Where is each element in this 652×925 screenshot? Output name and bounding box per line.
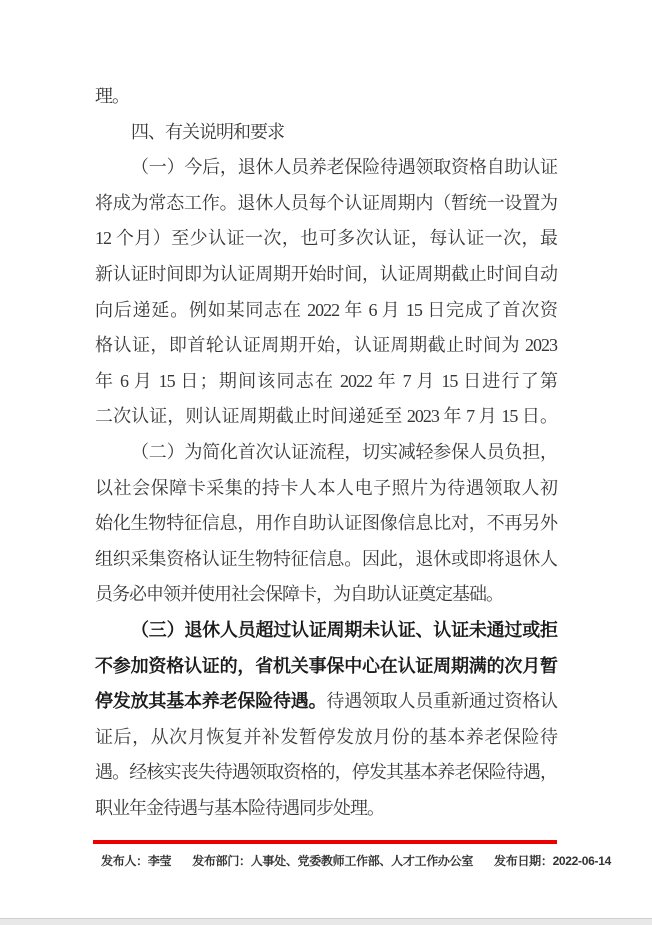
publish-date-label: 发布日期： (494, 854, 553, 868)
document-text: 职业年金待遇与基本险待遇同步处理。 (95, 798, 384, 818)
publisher-label: 发布人： (101, 854, 148, 868)
document-line: 格认证，即首轮认证周期开始，认证周期截止时间为 2023 (95, 328, 557, 364)
document-line: （一）今后，退休人员养老保险待遇领取资格自助认证 (95, 150, 557, 186)
document-text-bold: 停发放其基本养老保险待遇。 (95, 691, 326, 711)
document-text: 将成为常态工作。退休人员每个认证周期内（暂统一设置为 (95, 193, 557, 213)
document-line: （二）为简化首次认证流程，切实减轻参保人员负担， (95, 435, 557, 471)
document-line: 证后，从次月恢复并补发暂停发放月份的基本养老保险待 (95, 720, 557, 756)
document-text: 以社会保障卡采集的持卡人本人电子照片为待遇领取人初 (95, 478, 557, 498)
document-text-bold: 不参加资格认证的，省机关事保中心在认证周期满的次月暂 (95, 656, 557, 676)
document-text: 遇。经核实丧失待遇领取资格的，停发其基本养老保险待遇， (95, 762, 557, 782)
document-line: 停发放其基本养老保险待遇。待遇领取人员重新通过资格认 (95, 684, 557, 720)
document-line: 新认证时间即为认证周期开始时间，认证周期截止时间自动 (95, 257, 557, 293)
document-line: 组织采集资格认证生物特征信息。因此，退休或即将退休人 (95, 542, 557, 578)
document-text: 二次认证，则认证周期截止时间递延至 2023 年 7 月 15 日。 (95, 406, 557, 426)
document-text: 年 6 月 15 日；期间该同志在 2022 年 7 月 15 日进行了第 (95, 371, 557, 391)
document-line: 员务必申领并使用社会保障卡，为自助认证奠定基础。 (95, 577, 557, 613)
document-text: 新认证时间即为认证周期开始时间，认证周期截止时间自动 (95, 264, 557, 284)
publish-date-field: 发布日期：2022-06-14 (494, 852, 611, 869)
document-line: 职业年金待遇与基本险待遇同步处理。 (95, 791, 557, 827)
document-line: 将成为常态工作。退休人员每个认证周期内（暂统一设置为 (95, 186, 557, 222)
document-line: （三）退休人员超过认证周期未认证、认证未通过或拒 (95, 613, 557, 649)
document-text: （二）为简化首次认证流程，切实减轻参保人员负担， (131, 442, 557, 462)
department-field: 发布部门：人事处、党委教师工作部、人才工作办公室 (192, 852, 473, 869)
document-text: 12 个月）至少认证一次，也可多次认证，每认证一次，最 (95, 228, 557, 248)
document-line: 向后递延。例如某同志在 2022 年 6 月 15 日完成了首次资 (95, 293, 557, 329)
document-text: 始化生物特征信息，用作自助认证图像信息比对，不再另外 (95, 513, 557, 533)
document-line: 遇。经核实丧失待遇领取资格的，停发其基本养老保险待遇， (95, 755, 557, 791)
document-line: 二次认证，则认证周期截止时间递延至 2023 年 7 月 15 日。 (95, 399, 557, 435)
department-name: 人事处、党委教师工作部、人才工作办公室 (251, 854, 473, 868)
document-text-bold: （三）退休人员超过认证周期未认证、认证未通过或拒 (131, 620, 557, 640)
publisher-name: 李莹 (148, 854, 171, 868)
document-text: 理。 (95, 86, 129, 106)
document-line: 不参加资格认证的，省机关事保中心在认证周期满的次月暂 (95, 649, 557, 685)
document-text: （一）今后，退休人员养老保险待遇领取资格自助认证 (131, 157, 557, 177)
document-text: 组织采集资格认证生物特征信息。因此，退休或即将退休人 (95, 549, 557, 569)
document-line: 理。 (95, 79, 557, 115)
department-label: 发布部门： (192, 854, 251, 868)
document-body: 理。四、有关说明和要求（一）今后，退休人员养老保险待遇领取资格自助认证将成为常态… (95, 79, 557, 826)
document-line: 12 个月）至少认证一次，也可多次认证，每认证一次，最 (95, 221, 557, 257)
document-line: 始化生物特征信息，用作自助认证图像信息比对，不再另外 (95, 506, 557, 542)
document-text: 待遇领取人员重新通过资格认 (326, 691, 557, 711)
footer-divider-rule (93, 840, 557, 844)
document-text: 格认证，即首轮认证周期开始，认证周期截止时间为 2023 (95, 335, 557, 355)
footer-meta: 发布人：李莹 发布部门：人事处、党委教师工作部、人才工作办公室 发布日期：202… (101, 852, 581, 869)
publisher-field: 发布人：李莹 (101, 852, 171, 869)
document-line: 以社会保障卡采集的持卡人本人电子照片为待遇领取人初 (95, 471, 557, 507)
document-text: 向后递延。例如某同志在 2022 年 6 月 15 日完成了首次资 (95, 300, 557, 320)
document-line: 年 6 月 15 日；期间该同志在 2022 年 7 月 15 日进行了第 (95, 364, 557, 400)
document-text: 四、有关说明和要求 (131, 122, 284, 142)
publish-date-value: 2022-06-14 (553, 854, 611, 868)
document-text: 证后，从次月恢复并补发暂停发放月份的基本养老保险待 (95, 727, 557, 747)
document-text: 员务必申领并使用社会保障卡，为自助认证奠定基础。 (95, 584, 503, 604)
document-line: 四、有关说明和要求 (95, 115, 557, 151)
document-page: 理。四、有关说明和要求（一）今后，退休人员养老保险待遇领取资格自助认证将成为常态… (0, 0, 652, 919)
